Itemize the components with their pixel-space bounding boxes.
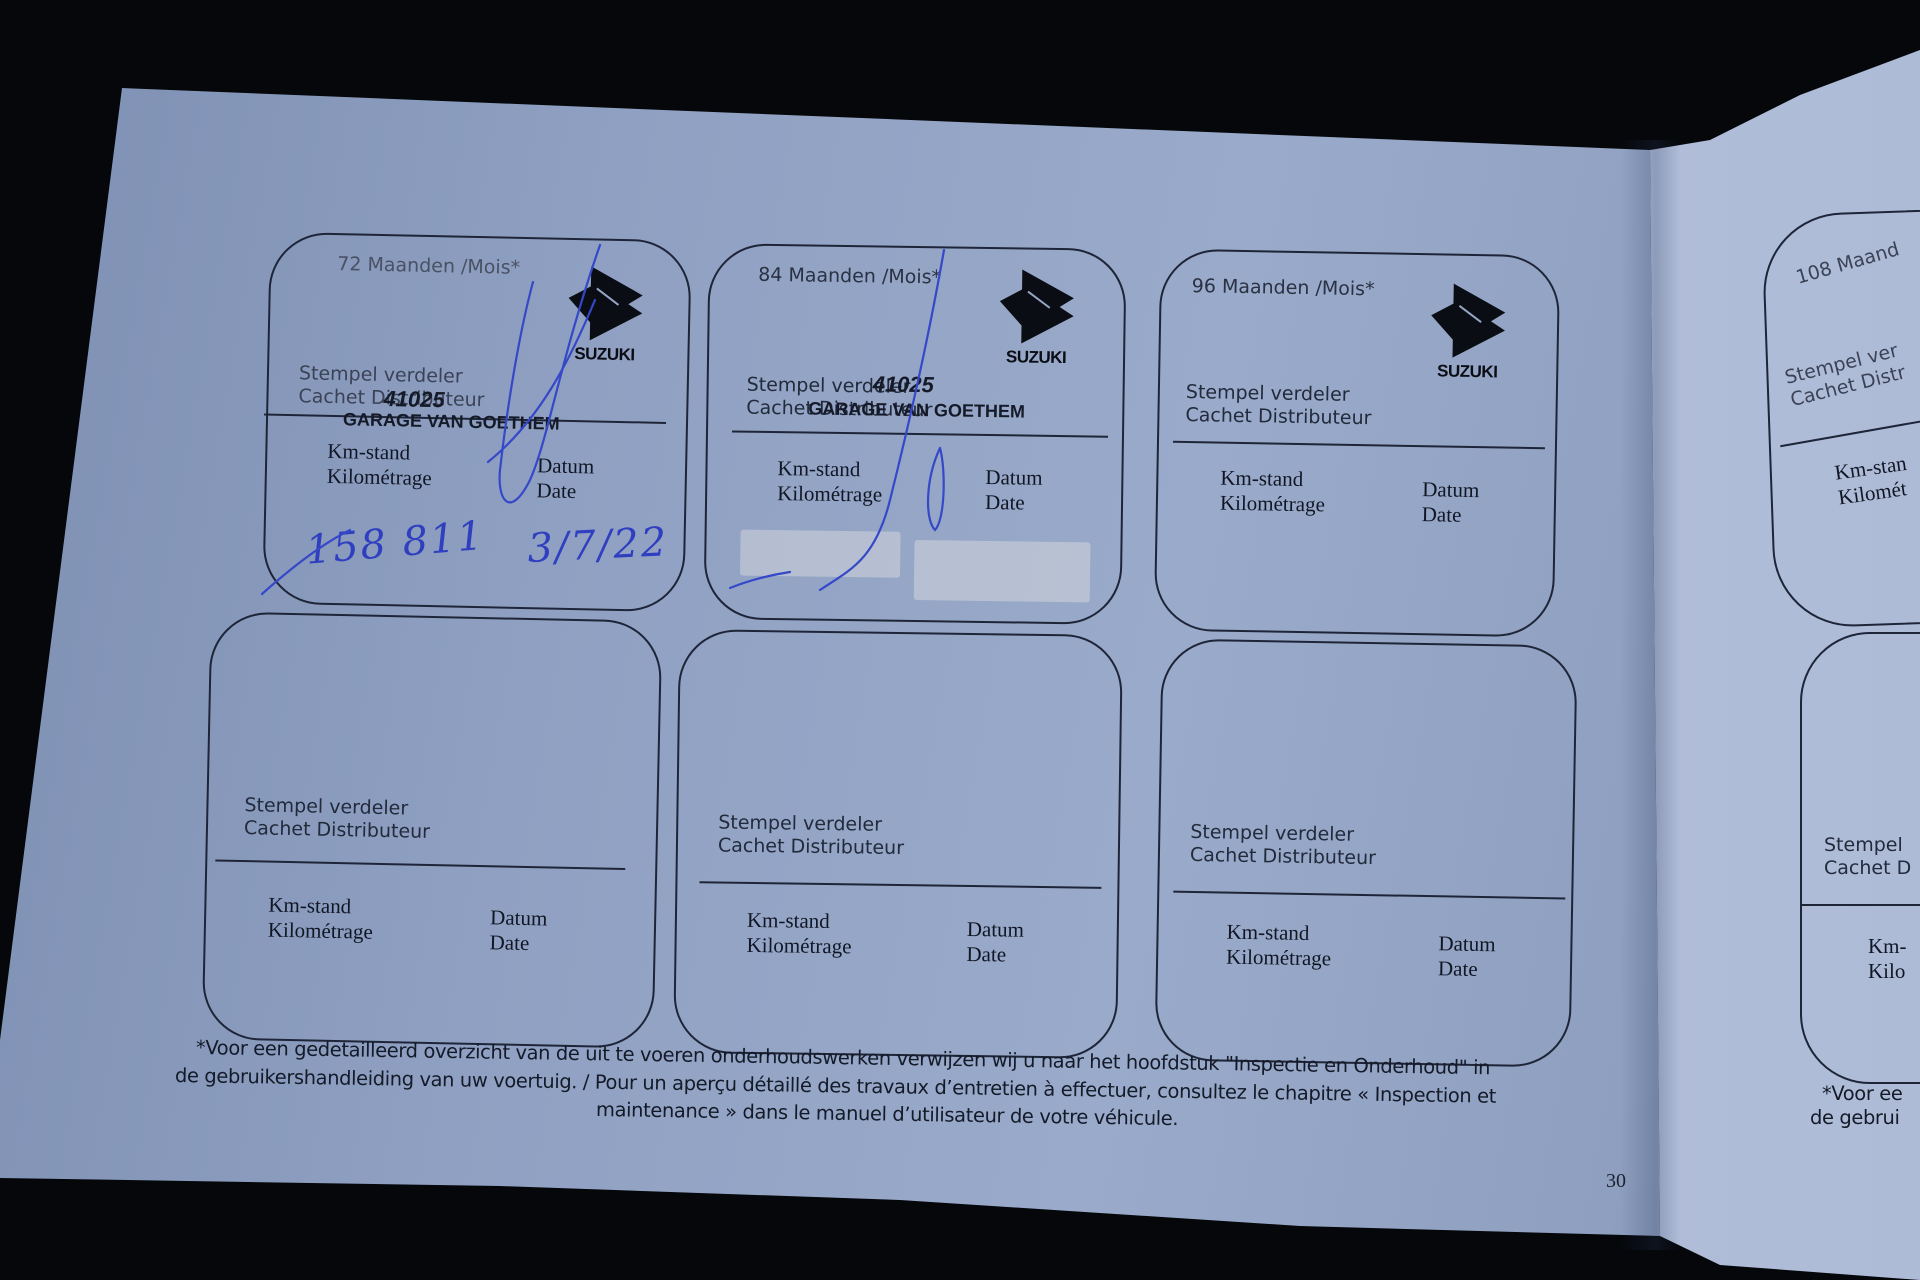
km-label: Km-standKilométrage <box>268 893 374 945</box>
date-label: DatumDate <box>1438 931 1496 982</box>
date-label: DatumDate <box>489 905 547 956</box>
divider-line <box>699 881 1101 889</box>
date-label: DatumDate <box>1422 477 1480 528</box>
service-box-blank-1: Stempel verdelerCachet Distributeur Km-s… <box>202 611 663 1048</box>
stamp-label: Stempel verdelerCachet Distributeur <box>1185 381 1372 430</box>
km-label: Km-standKilométrage <box>1226 920 1332 972</box>
date-label: DatumDate <box>985 465 1043 516</box>
service-box-72: 72 Maanden /Mois* SUZUKI Stempel verdele… <box>262 232 692 613</box>
page-number: 30 <box>1606 1170 1626 1193</box>
suzuki-logo: SUZUKI <box>559 264 651 366</box>
service-box-right-partial: StempelCachet D Km-Kilo <box>1800 632 1920 1084</box>
tape-over-date <box>914 540 1091 602</box>
tape-over-km <box>740 530 901 578</box>
service-box-blank-2: Stempel verdelerCachet Distributeur Km-s… <box>673 629 1123 1059</box>
book-gutter <box>1620 140 1680 1250</box>
service-box-blank-3: Stempel verdelerCachet Distributeur Km-s… <box>1154 638 1577 1067</box>
service-box-96: 96 Maanden /Mois* SUZUKI Stempel verdele… <box>1154 249 1561 638</box>
suzuki-logo: SUZUKI <box>1422 281 1514 383</box>
date-value-handwritten: 3/7/22 <box>526 519 669 572</box>
km-label: Km-standKilométrage <box>777 456 883 507</box>
stamp-label: Stempel verCachet Distr <box>1783 339 1908 412</box>
suzuki-s-icon <box>560 264 652 344</box>
months-label: 108 Maand <box>1794 238 1902 288</box>
km-label: Km-Kilo <box>1868 934 1907 984</box>
stamp-label: Stempel verdelerCachet Distributeur <box>1190 821 1377 870</box>
km-value-handwritten: 158 811 <box>304 513 487 574</box>
suzuki-logo: SUZUKI <box>991 267 1082 368</box>
divider-line <box>1173 441 1545 449</box>
months-label: 84 Maanden /Mois* <box>758 264 941 289</box>
date-label: DatumDate <box>536 453 594 504</box>
divider-line <box>1802 904 1920 906</box>
footnote-right-line-2: de gebrui <box>1810 1106 1900 1129</box>
suzuki-s-icon <box>1422 281 1513 361</box>
months-label: 96 Maanden /Mois* <box>1192 275 1375 300</box>
footnote-right-line-1: *Voor ee <box>1822 1082 1902 1105</box>
km-label: Km-stanKilomét <box>1833 451 1912 511</box>
km-label: Km-standKilométrage <box>327 439 433 491</box>
stamp-label: Stempel verdelerCachet Distributeur <box>718 811 905 860</box>
service-box-108: 108 Maand Stempel verCachet Distr Km-sta… <box>1761 205 1920 629</box>
months-label: 72 Maanden /Mois* <box>337 253 520 279</box>
dealer-stamp: 41025 GARAGE VAN GOETHEM <box>808 371 1025 423</box>
divider-line <box>215 859 625 870</box>
stamp-label: Stempel verdelerCachet Distributeur <box>244 794 431 844</box>
dealer-stamp: 41025 GARAGE VAN GOETHEM <box>343 385 561 435</box>
date-label: DatumDate <box>966 917 1024 968</box>
divider-line <box>1173 891 1565 900</box>
suzuki-s-icon <box>991 267 1082 346</box>
km-label: Km-standKilométrage <box>1220 466 1326 518</box>
stamp-label: StempelCachet D <box>1824 834 1911 880</box>
divider-line <box>732 430 1108 437</box>
service-box-84: 84 Maanden /Mois* SUZUKI Stempel verdele… <box>703 243 1126 625</box>
km-label: Km-standKilométrage <box>746 908 852 959</box>
